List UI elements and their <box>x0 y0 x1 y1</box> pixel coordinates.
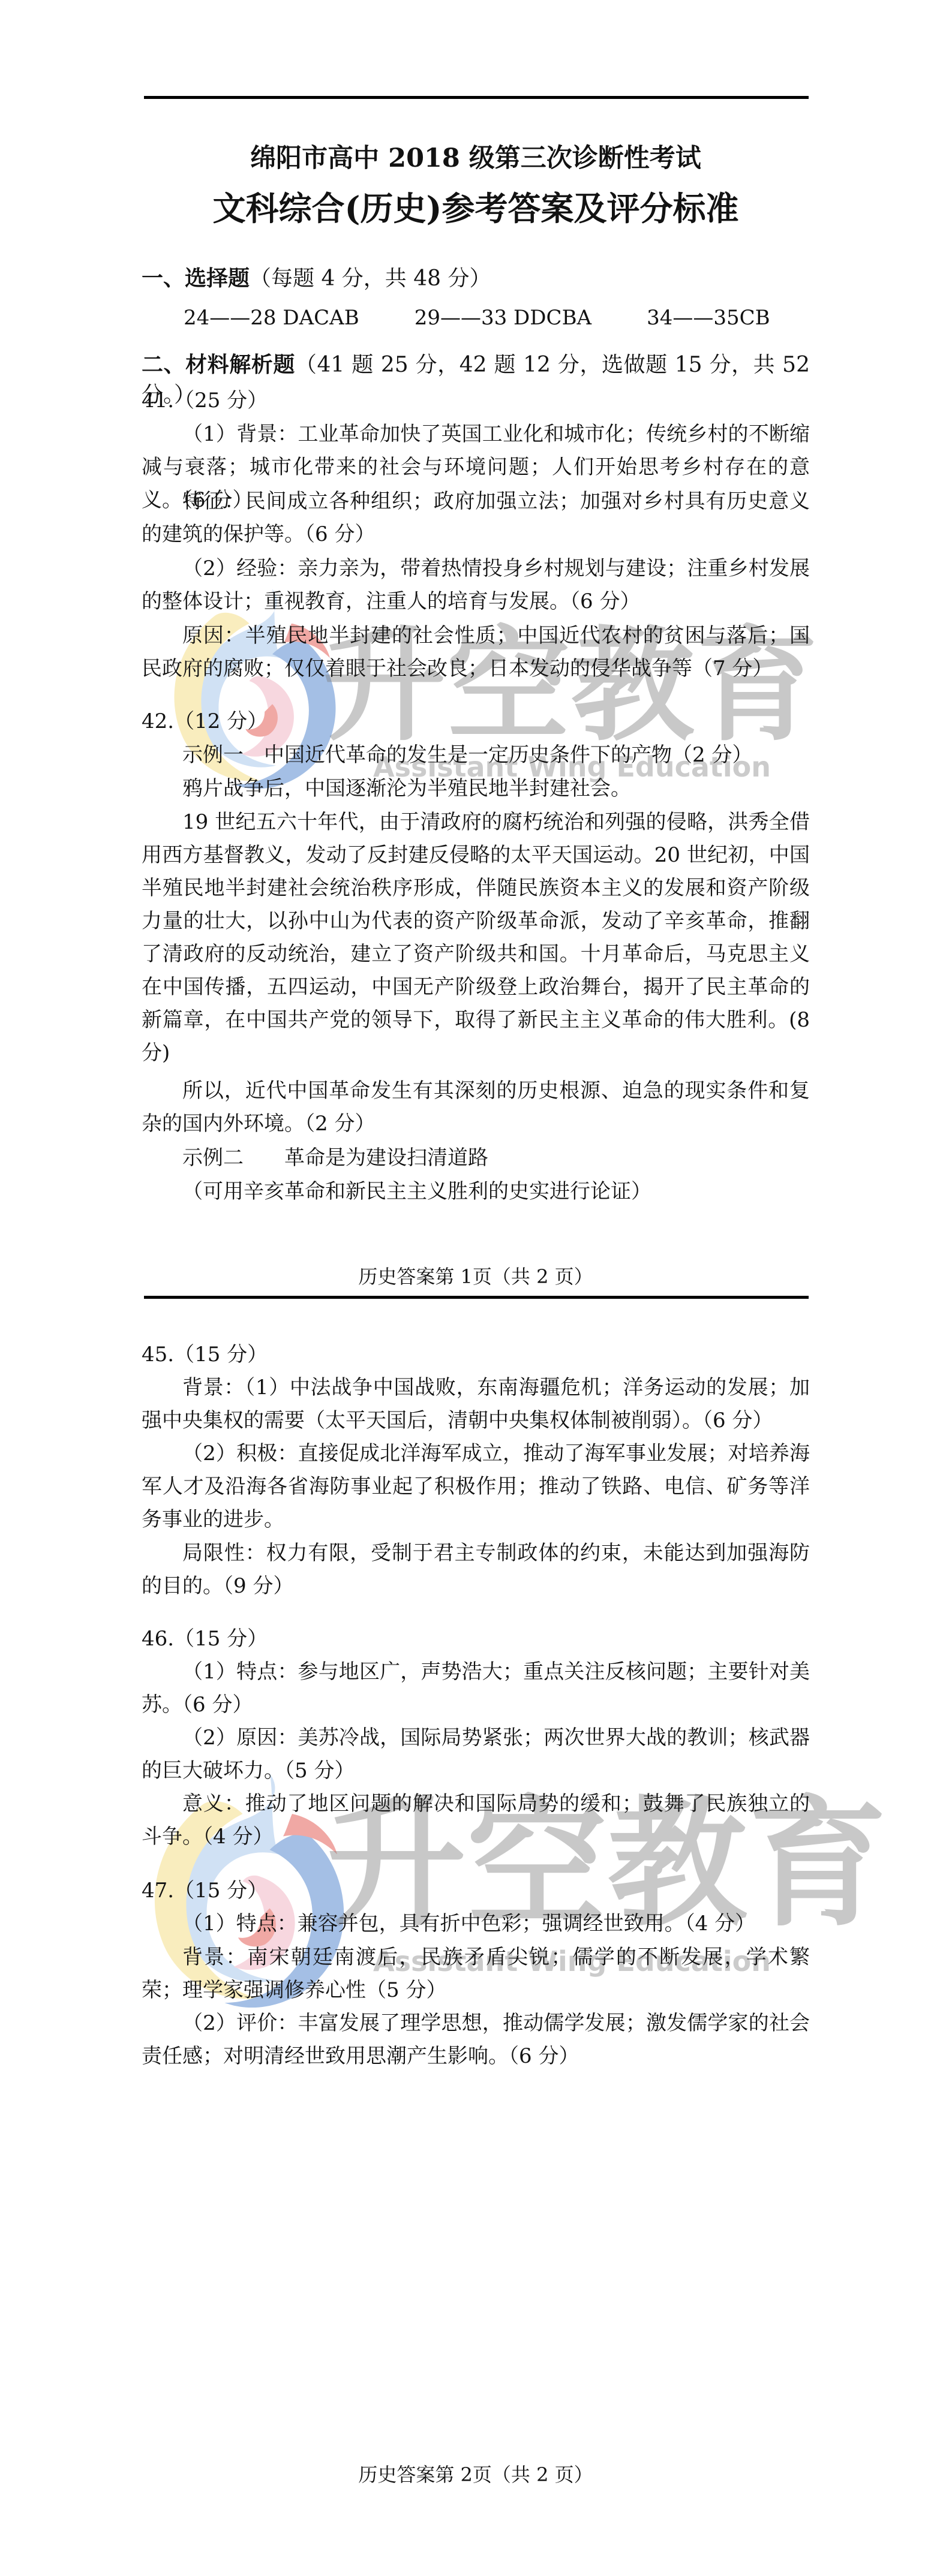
top-rule <box>144 96 809 99</box>
mcq-answers-29-33: 29——33 DDCBA <box>415 302 591 335</box>
q42-example1-title: 示例一 中国近代革命的发生是一定历史条件下的产物（2 分） <box>142 739 810 772</box>
page-separator-rule <box>144 1296 809 1299</box>
page-1-footer: 历史答案第 1页（共 2 页） <box>142 1260 810 1293</box>
q46-number: 46.（15 分） <box>142 1623 810 1656</box>
mcq-answers-24-28: 24——28 DACAB <box>184 302 359 335</box>
q46-answer-paragraph: （2）原因：美苏冷战，国际局势紧张；两次世界大战的教训；核武器的巨大破坏力。（5… <box>142 1722 810 1787</box>
q47-answer-paragraph: （1）特点：兼容并包，具有折中色彩；强调经世致用。（4 分） <box>142 1907 810 1940</box>
q46-answer-paragraph: （1）特点：参与地区广，声势浩大；重点关注反核问题；主要针对美苏。（6 分） <box>142 1656 810 1722</box>
q45-answer-paragraph: 局限性：权力有限，受制于君主专制政体的约束，未能达到加强海防的目的。（9 分） <box>142 1537 810 1603</box>
q45-answer-paragraph: 背景：（1）中法战争中国战败，东南海疆危机；洋务运动的发展；加强中央集权的需要（… <box>142 1371 810 1437</box>
q47-number: 47.（15 分） <box>142 1874 810 1907</box>
exam-title: 绵阳市高中 2018 级第三次诊断性考试 <box>142 142 810 175</box>
q45-number: 45.（15 分） <box>142 1338 810 1371</box>
q41-answer-paragraph: 原因：半殖民地半封建的社会性质；中国近代农村的贫困与落后；国民政府的腐败；仅仅着… <box>142 619 810 685</box>
q41-answer-paragraph: （2）经验：亲力亲为，带着热情投身乡村规划与建设；注重乡村发展的整体设计；重视教… <box>142 552 810 618</box>
q42-conclusion-paragraph: 所以，近代中国革命发生有其深刻的历史根源、迫急的现实条件和复杂的国内外环境。（2… <box>142 1075 810 1140</box>
page-2-footer: 历史答案第 2页（共 2 页） <box>142 2458 810 2491</box>
q41-answer-paragraph: 特征：民间成立各种组织；政府加强立法；加强对乡村具有历史意义的建筑的保护等。（6… <box>142 485 810 551</box>
q46-answer-paragraph: 意义：推动了地区问题的解决和国际局势的缓和；鼓舞了民族独立的斗争。（4 分） <box>142 1787 810 1853</box>
section-1-heading-note: （每题 4 分，共 48 分） <box>250 266 491 291</box>
section-1-heading-bold: 一、选择题 <box>142 266 250 291</box>
q45-answer-paragraph: （2）积极：直接促成北洋海军成立，推动了海军事业发展；对培养海军人才及沿海各省海… <box>142 1437 810 1536</box>
q42-note-paragraph: （可用辛亥革命和新民主主义胜利的史实进行论证） <box>142 1175 810 1208</box>
q47-answer-paragraph: 背景：南宋朝廷南渡后，民族矛盾尖锐；儒学的不断发展，学术繁荣；理学家强调修养心性… <box>142 1941 810 2007</box>
mcq-answers-34-35: 34——35CB <box>647 302 770 335</box>
mcq-answer-line: 24——28 DACAB 29——33 DDCBA 34——35CB <box>184 302 810 335</box>
page-title: 文科综合(历史)参考答案及评分标准 <box>142 188 810 229</box>
q42-number: 42.（12 分） <box>142 705 810 738</box>
section-1-heading: 一、选择题（每题 4 分，共 48 分） <box>142 264 810 294</box>
q47-answer-paragraph: （2）评价：丰富发展了理学思想，推动儒学发展；激发儒学家的社会责任感；对明清经世… <box>142 2007 810 2073</box>
section-2-heading-bold: 二、材料解析题 <box>142 353 295 377</box>
answer-sheet-document: 升空教育 Assistant Wing Education 升空教育 Assis… <box>0 0 952 2576</box>
q41-number: 41.（25 分） <box>142 384 810 417</box>
q42-example2-title: 示例二 革命是为建设扫清道路 <box>142 1142 810 1175</box>
q42-answer-paragraph: 鸦片战争后，中国逐渐沦为半殖民地半封建社会。 <box>142 772 810 805</box>
q42-essay-paragraph: 19 世纪五六十年代，由于清政府的腐朽统治和列强的侵略，洪秀全借用西方基督教义，… <box>142 806 810 1070</box>
